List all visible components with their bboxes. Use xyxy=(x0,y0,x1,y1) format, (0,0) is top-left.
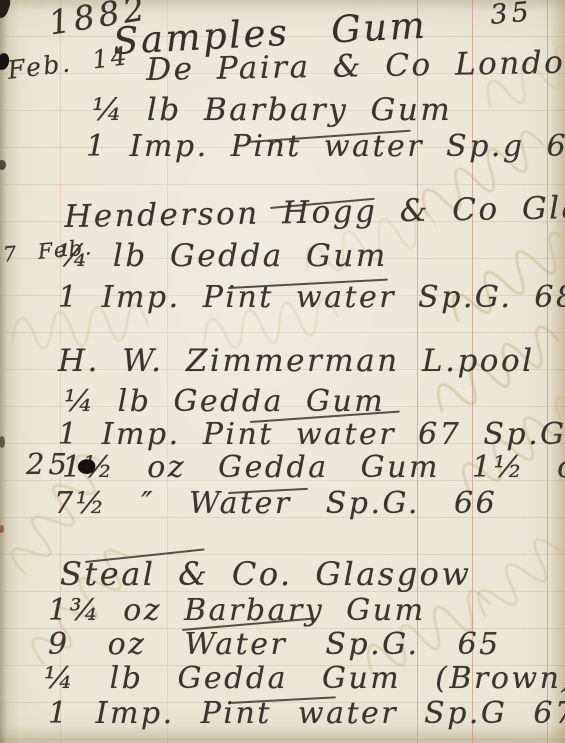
entry-line: 1½ oz Gedda Gum 1½ oz xyxy=(62,450,565,485)
entry-line: 1¾ oz Barbary Gum xyxy=(48,593,426,628)
entry-line: 1 Imp. Pint water Sp.G 67 xyxy=(48,696,565,731)
entry-date: Feb. 14 xyxy=(6,41,131,85)
entry-line: ¼ lb Gedda Gum xyxy=(58,238,388,274)
ledger-page: 1882 35 SamplesGum Feb. 14 De Paira & Co… xyxy=(0,0,565,743)
entry-company: De Paira & Co London xyxy=(146,44,565,88)
entry-company: H. W. Zimmerman L.pool xyxy=(58,343,535,379)
entry-company: Henderson Hogg & Co Glasgow xyxy=(64,188,565,235)
binding-mark xyxy=(0,0,12,20)
entry-line: ¼ lb Gedda Gum (Brown) xyxy=(44,661,565,696)
entry-line: 1 Imp. Pint water 67 Sp.G. xyxy=(58,417,565,452)
entry-line: 9 oz Water Sp.G. 65 xyxy=(48,627,501,662)
edge-speck xyxy=(0,436,5,448)
entry-line: 1 Imp. Pint water Sp.g 62 xyxy=(86,129,565,164)
title-word-gum: Gum xyxy=(330,4,428,52)
cash-column-rule-line xyxy=(547,0,548,743)
entry-company: Steal & Co. Glasgow xyxy=(60,555,471,593)
edge-speck xyxy=(0,525,4,533)
page-number: 35 xyxy=(489,0,534,31)
entry-line: 1 Imp. Pint water Sp.G. 68 xyxy=(58,280,565,315)
entry-line: ¼ lb Barbary Gum xyxy=(92,92,452,128)
entry-line: ¼ lb Gedda Gum xyxy=(64,384,385,419)
ink-blot xyxy=(0,160,6,170)
